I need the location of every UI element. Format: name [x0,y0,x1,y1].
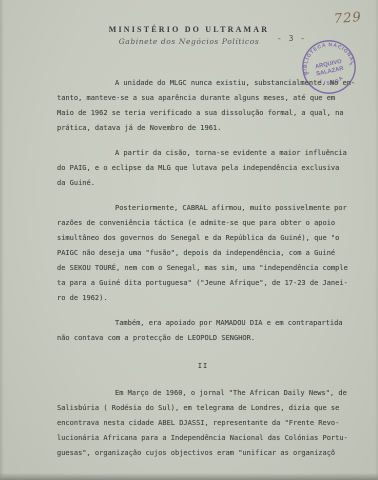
paragraph-2: A partir da cisão, torna-se evidente a m… [57,146,349,191]
paragraph-4: Também, era apoiado por MAMADOU DIA e em… [57,316,349,346]
scan-edge-left [0,0,4,480]
document-line: encontrava nesta cidade ABEL DJASSI, rep… [57,416,349,431]
document-line: lucionária Africana para a Independência… [57,431,349,446]
document-line: de SEKOU TOURÉ, nem com o Senegal, mas s… [57,261,349,276]
document-line: Também, era apoiado por MAMADOU DIA e em… [57,316,349,331]
document-line: A unidade do MLGC nunca existiu, substan… [57,76,349,91]
document-line: A partir da cisão, torna-se evidente a m… [57,146,349,161]
document-body: A unidade do MLGC nunca existiu, substan… [57,76,349,471]
document-line: Posteriormente, CABRAL afirmou, muito po… [57,201,349,216]
document-line: ro de 1962). [57,291,349,306]
document-line: tanto, manteve-se a sua aparência durant… [57,91,349,106]
document-line: ta para a Guiné dita portuguesa" ("Jeune… [57,276,349,291]
document-line: do PAIG, e o eclipse da MLG que lutava p… [57,161,349,176]
document-line: prática, datava já de Novembro de 1961. [57,121,349,136]
document-line: simultâneo dos governos do Senegal e da … [57,231,349,246]
document-line: Em Março de 1960, o jornal "The African … [57,386,349,401]
section-heading: II [57,359,349,374]
ministry-title: MINISTÉRIO DO ULTRAMAR [0,25,378,34]
paragraph-3: Posteriormente, CABRAL afirmou, muito po… [57,201,349,306]
handwritten-folio-number: 729 [334,10,363,27]
document-line: Maio de 1962 se teria verificado a sua d… [57,106,349,121]
document-line: da Guiné. [57,176,349,191]
paragraph-1: A unidade do MLGC nunca existiu, substan… [57,76,349,136]
document-line: guesas", organização cujos objectivos er… [57,446,349,461]
document-line: razões de conveniência táctica (e admite… [57,216,349,231]
scan-edge-bottom [0,473,378,480]
page-number: - 3 - [277,34,306,43]
document-line: Salisbúria ( Rodésia do Sul), em telegra… [57,401,349,416]
document-line: não contava com a protecção de LEOPOLD S… [57,331,349,346]
document-line: PAIGC não deseja uma "fusão", depois da … [57,246,349,261]
paragraph-5: Em Março de 1960, o jornal "The African … [57,386,349,461]
